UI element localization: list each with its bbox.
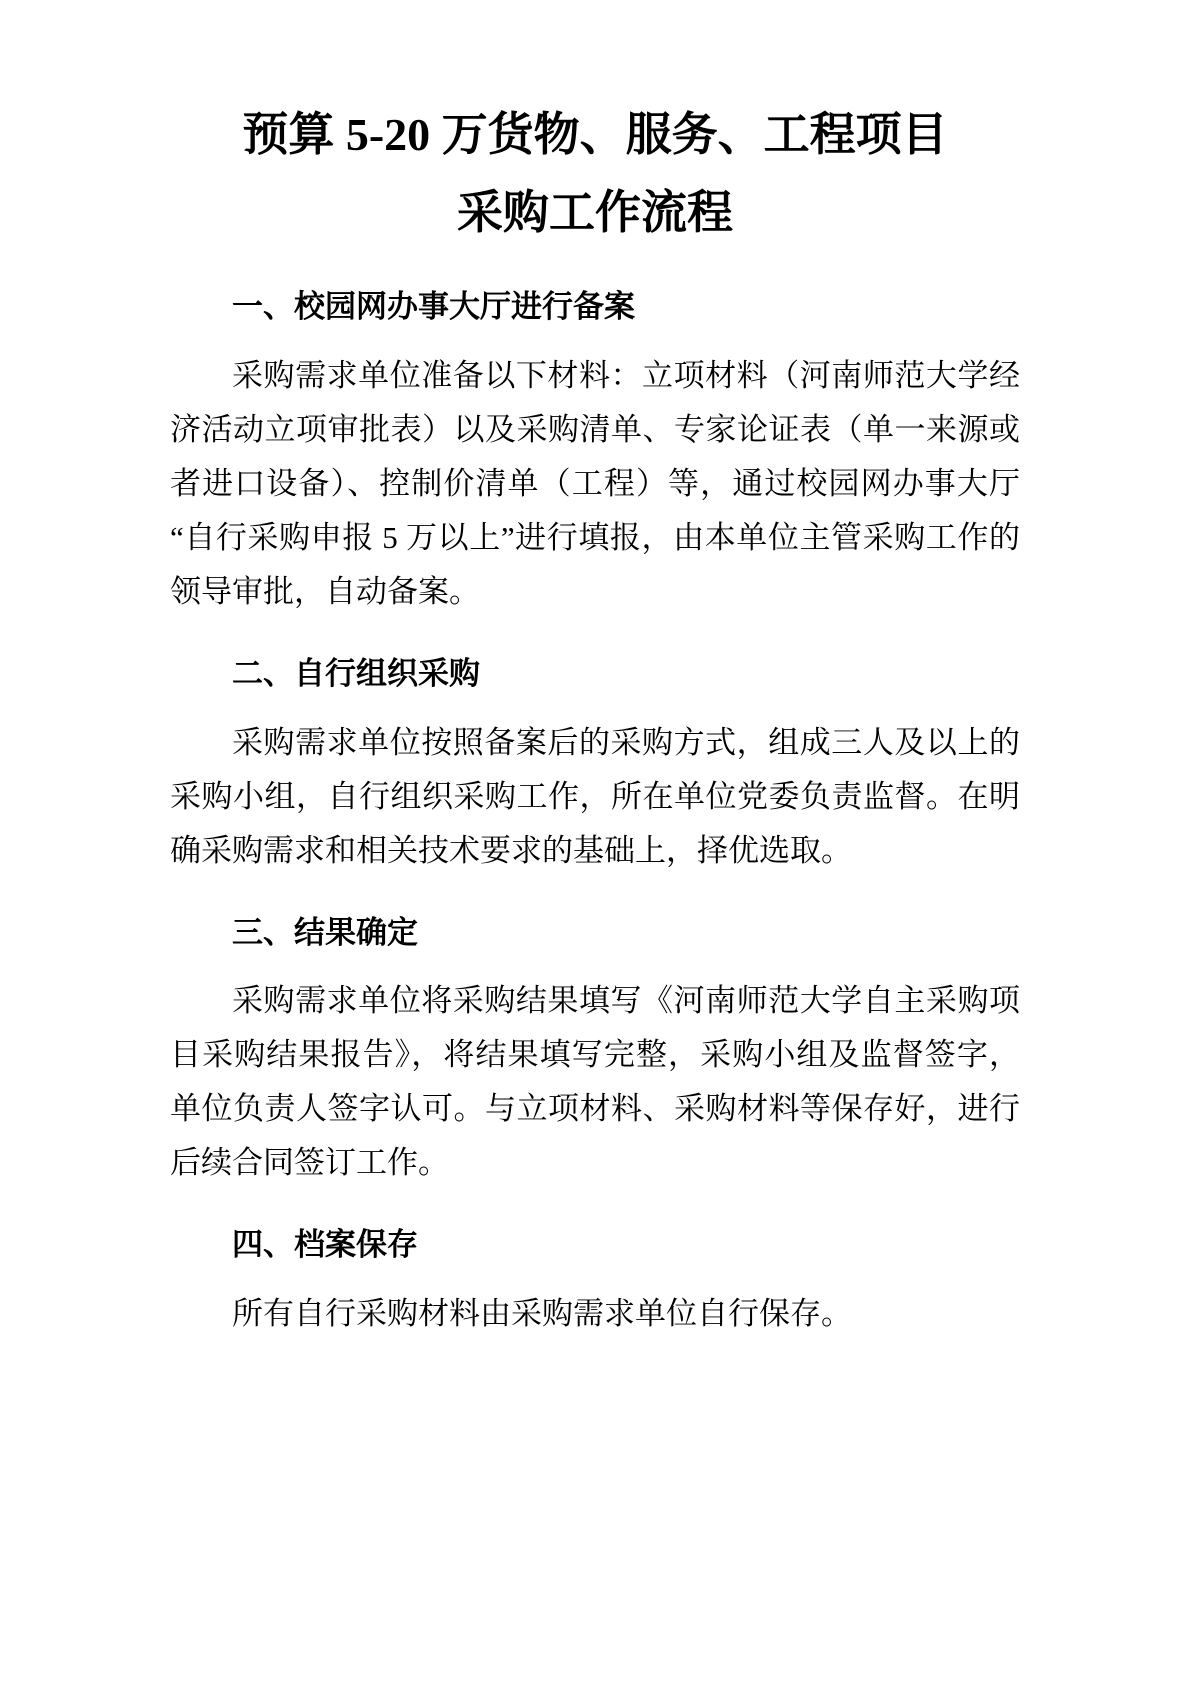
document-sections: 一、校园网办事大厅进行备案采购需求单位准备以下材料：立项材料（河南师范大学经济活… [170, 288, 1020, 1341]
section-paragraph: 采购需求单位按照备案后的采购方式，组成三人及以上的采购小组，自行组织采购工作，所… [170, 716, 1020, 878]
section-heading: 二、自行组织采购 [170, 655, 1020, 694]
section-paragraph: 采购需求单位将采购结果填写《河南师范大学自主采购项目采购结果报告》，将结果填写完… [170, 974, 1020, 1190]
section-paragraph: 采购需求单位准备以下材料：立项材料（河南师范大学经济活动立项审批表）以及采购清单… [170, 349, 1020, 619]
document-title-line2: 采购工作流程 [170, 174, 1020, 252]
section-heading: 四、档案保存 [170, 1226, 1020, 1265]
document-title: 预算 5-20 万货物、服务、工程项目 采购工作流程 [170, 96, 1020, 252]
document-page: 预算 5-20 万货物、服务、工程项目 采购工作流程 一、校园网办事大厅进行备案… [0, 0, 1190, 1683]
section-paragraph: 所有自行采购材料由采购需求单位自行保存。 [170, 1287, 1020, 1341]
document-title-line1: 预算 5-20 万货物、服务、工程项目 [170, 96, 1020, 174]
section-heading: 三、结果确定 [170, 914, 1020, 953]
section-heading: 一、校园网办事大厅进行备案 [170, 288, 1020, 327]
